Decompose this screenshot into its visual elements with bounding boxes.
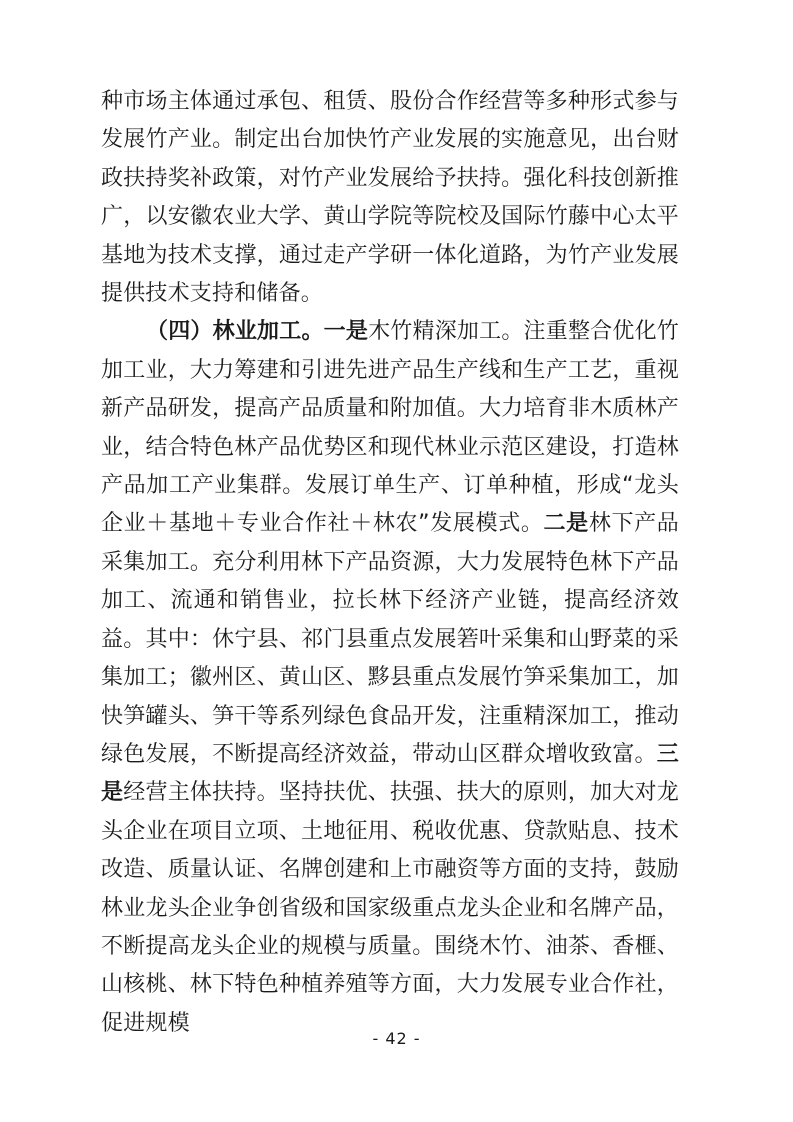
- paragraph: 种市场主体通过承包、租赁、股份合作经营等多种形式参与发展竹产业。制定出台加快竹产…: [101, 83, 679, 313]
- paragraph: （四）林业加工。一是木竹精深加工。注重整合优化竹加工业，大力筹建和引进先进产品生…: [101, 313, 679, 1043]
- bold-text-run: （四）林业加工。一是: [146, 319, 368, 344]
- bold-text-run: 二是: [544, 511, 589, 536]
- document-page: 种市场主体通过承包、租赁、股份合作经营等多种形式参与发展竹产业。制定出台加快竹产…: [0, 0, 793, 1122]
- text-run: 种市场主体通过承包、租赁、股份合作经营等多种形式参与发展竹产业。制定出台加快竹产…: [101, 89, 679, 306]
- text-run: 经营主体扶持。坚持扶优、扶强、扶大的原则，加大对龙头企业在项目立项、土地征用、税…: [101, 780, 679, 1035]
- page-number: - 42 -: [0, 1029, 793, 1048]
- text-run: 木竹精深加工。注重整合优化竹加工业，大力筹建和引进先进产品生产线和生产工艺，重视…: [101, 319, 679, 536]
- text-run: 林下产品采集加工。充分利用林下产品资源，大力发展特色林下产品加工、流通和销售业，…: [101, 511, 679, 766]
- document-body: 种市场主体通过承包、租赁、股份合作经营等多种形式参与发展竹产业。制定出台加快竹产…: [101, 83, 679, 1043]
